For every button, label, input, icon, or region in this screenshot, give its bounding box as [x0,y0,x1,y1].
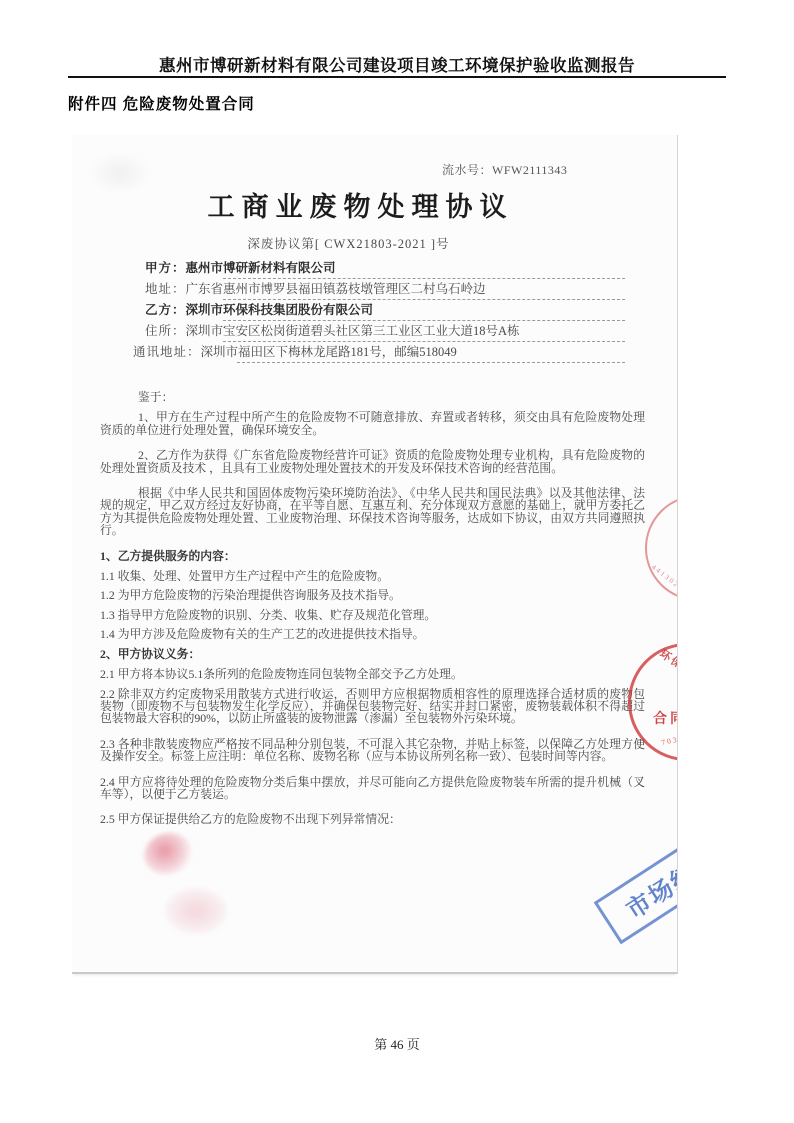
clause-2-1: 2.1 甲方将本协议5.1条所列的危险废物连同包装物全部交予乙方处理。 [100,668,645,680]
section-2-heading: 2、甲方协议义务： [100,648,645,660]
clause-2-5: 2.5 甲方保证提供给乙方的危险废物不出现下列异常情况： [100,813,645,825]
attachment-title: 附件四 危险废物处置合同 [68,92,255,114]
serial-number: 流水号：WFW2111343 [442,161,567,178]
party-b-value: 深圳市环保科技集团股份有限公司 [186,303,374,317]
scanned-contract-sheet: 流水号：WFW2111343 工商业废物处理协议 深废协议第[ CWX21803… [72,135,678,974]
huizhou-round-seal: 惠州市 4413020 [645,495,678,601]
header-rule [68,76,726,78]
page-number: 第 46 页 [0,1034,794,1053]
huizhou-seal-text: 惠州市 [677,516,678,558]
clause-1-4: 1.4 为甲方涉及危险废物有关的生产工艺的改进提供技术指导。 [100,628,645,640]
clause-1-3: 1.3 指导甲方危险废物的识别、分类、收集、贮存及规范化管理。 [100,609,645,621]
clause-2-3: 2.3 各种非散装废物应严格按不同品种分别包装，不可混入其它杂物，并贴上标签，以… [100,738,645,763]
dashed-line [237,359,625,363]
parties-block: 甲方：惠州市博研新材料有限公司 地址：广东省惠州市博罗县福田镇荔枝墩管理区二村乌… [133,261,613,366]
party-b-mail-address-label: 通讯地址： [133,345,201,359]
party-b-label: 乙方： [145,303,186,317]
party-a-address-row: 地址：广东省惠州市博罗县福田镇荔枝墩管理区二村乌石岭边 [133,282,613,300]
party-a-address-label: 地址： [145,282,186,296]
clause-preamble-1: 1、甲方在生产过程中所产生的危险废物不可随意排放、弃置或者转移，须交由具有危险废… [100,411,645,436]
contract-doc-number: 深废协议第[ CWX21803-2021 ]号 [72,234,651,252]
party-b-address-value: 深圳市宝安区松岗街道碧头社区第三工业区工业大道18号A栋 [186,324,520,338]
section-1-heading: 1、乙方提供服务的内容： [100,550,645,562]
blue-rect-stamp: 市场经营 [594,820,678,945]
party-b-address-row: 住所：深圳市宝安区松岗街道碧头社区第三工业区工业大道18号A栋 [133,324,613,342]
party-a-value: 惠州市博研新材料有限公司 [186,261,336,275]
contract-seal-center-text: 合同专 [653,708,678,728]
party-a-label: 甲方： [145,261,186,275]
blue-stamp-text: 市场经营 [618,839,678,925]
clause-preamble-basis: 根据《中华人民共和国固体废物污染环境防治法》、《中华人民共和国民法典》以及其他法… [100,487,645,537]
clause-2-4: 2.4 甲方应将待处理的危险废物分类后集中摆放，并尽可能向乙方提供危险废物装车所… [100,776,645,801]
dashed-line [223,338,625,342]
party-a-row: 甲方：惠州市博研新材料有限公司 [133,261,613,279]
huizhou-seal-digits: 4413020 [650,563,678,593]
clause-preamble-2: 2、乙方作为获得《广东省危险废物经营许可证》资质的危险废物处理专业机构，具有危险… [100,449,645,474]
party-b-row: 乙方：深圳市环保科技集团股份有限公司 [133,303,613,321]
clause-1-1: 1.1 收集、处理、处置甲方生产过程中产生的危险废物。 [100,570,645,582]
red-ink-smudge-faint [164,887,228,935]
contract-seal-digits: 7030411 [661,730,678,747]
clause-1-2: 1.2 为甲方危险废物的污染治理提供咨询服务及技术指导。 [100,589,645,601]
contract-title: 工商业废物处理协议 [72,185,663,224]
contract-body: 鉴于： 1、甲方在生产过程中所产生的危险废物不可随意排放、弃置或者转移，须交由具… [100,391,645,833]
dashed-line [223,275,625,279]
party-b-mail-address-row: 通讯地址：深圳市福田区下梅林龙尾路181号，邮编518049 [133,345,613,363]
dashed-line [223,317,625,321]
contract-seal-arc-text: 环保科技 [657,645,678,686]
party-b-mail-address-value: 深圳市福田区下梅林龙尾路181号，邮编518049 [201,345,457,359]
party-b-address-label: 住所： [145,324,186,338]
clause-2-2: 2.2 除非双方约定废物采用散装方式进行收运，否则甲方应根据物质相容性的原理选择… [100,688,645,725]
red-ink-smudge [139,828,196,881]
party-a-address-value: 广东省惠州市博罗县福田镇荔枝墩管理区二村乌石岭边 [186,282,486,296]
scan-artifact-smudge [90,153,150,193]
dashed-line [223,296,625,300]
report-header-title: 惠州市博研新材料有限公司建设项目竣工环境保护验收监测报告 [68,52,726,76]
report-page: 惠州市博研新材料有限公司建设项目竣工环境保护验收监测报告 附件四 危险废物处置合… [0,0,794,1123]
whereas-label: 鉴于： [138,391,645,403]
